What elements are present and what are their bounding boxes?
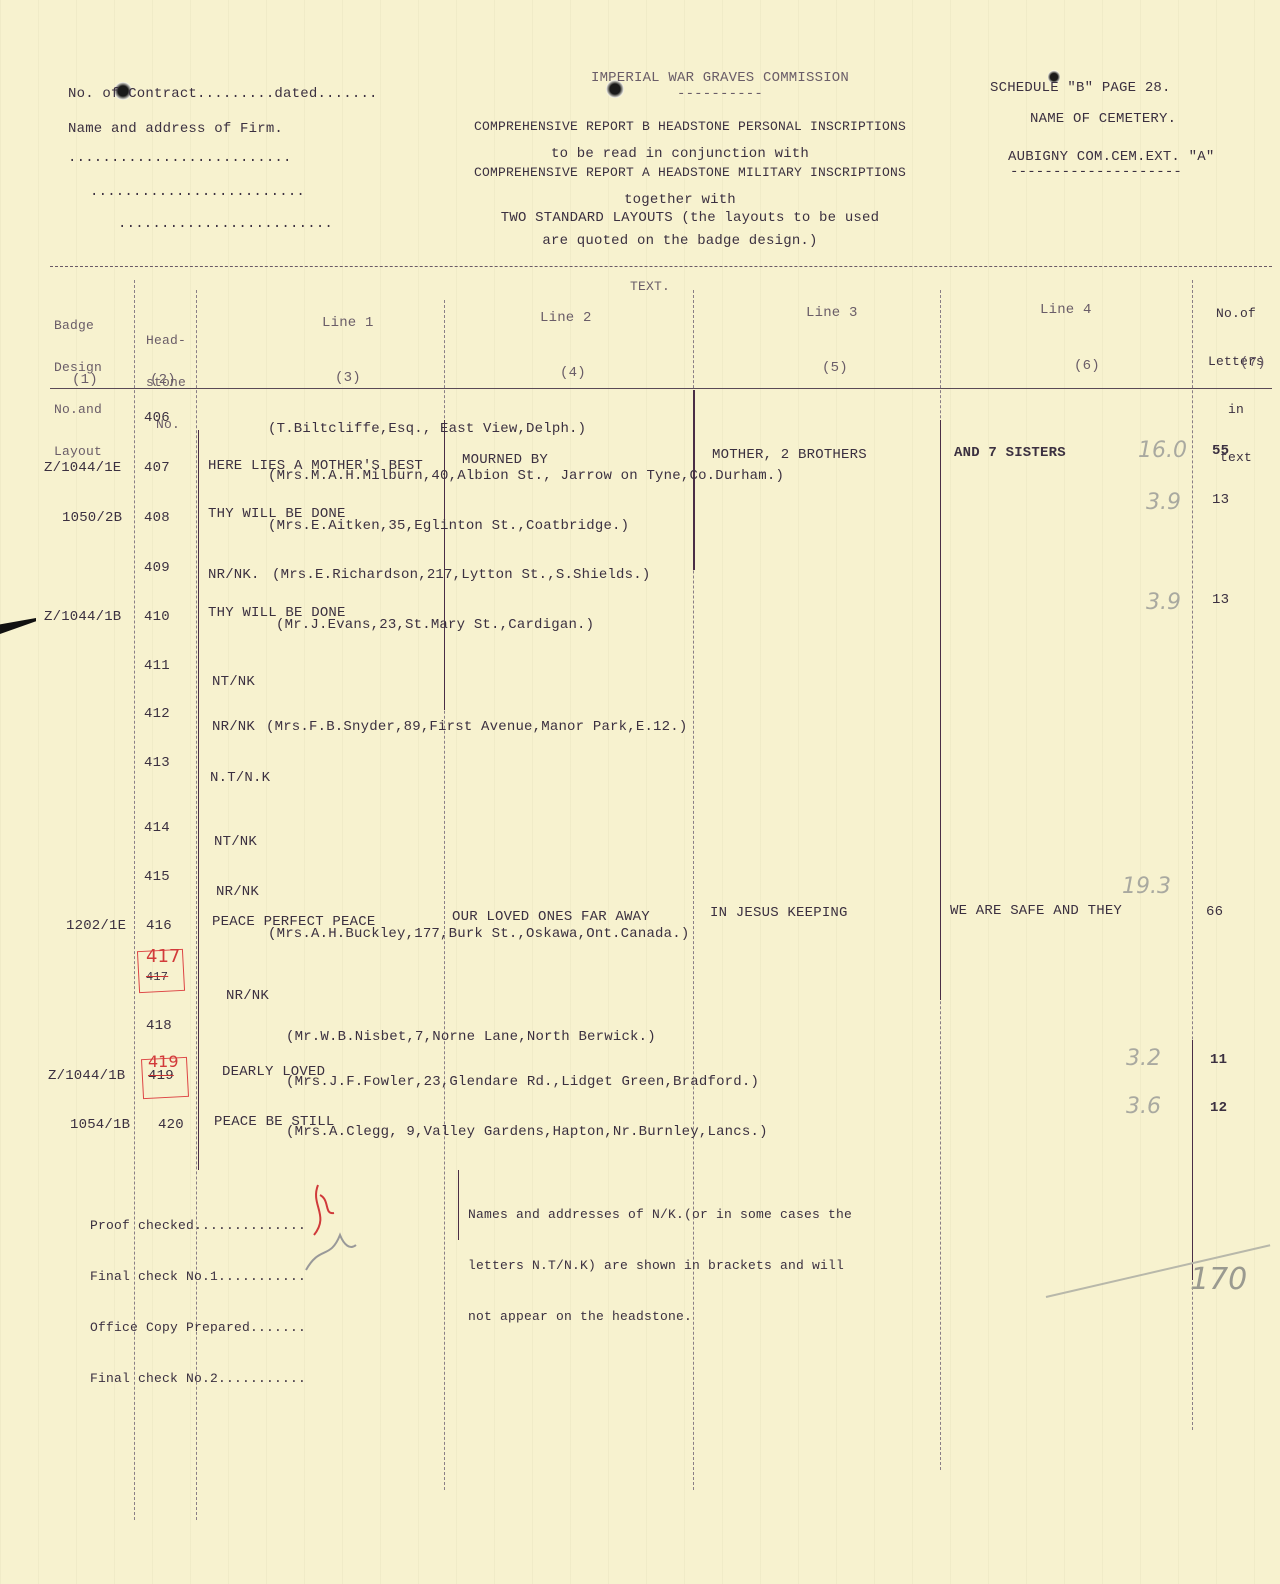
org-title: IMPERIAL WAR GRAVES COMMISSION	[520, 70, 920, 86]
row-420-badge: 1054/1B	[70, 1117, 130, 1133]
col7-number: (7)	[1240, 355, 1266, 371]
row-416-line3: IN JESUS KEEPING	[710, 905, 848, 921]
final-check-1: Final check No.1...........	[90, 1268, 306, 1285]
row-417-correction: 417	[146, 946, 180, 967]
row-420-address: (Mrs.A.Clegg, 9,Valley Gardens,Hapton,Nr…	[286, 1124, 768, 1140]
contract-line: No. of Contract.........dated.......	[68, 86, 378, 102]
row-416-annotation: 19.3	[1122, 874, 1171, 899]
text-group-header: TEXT.	[570, 279, 730, 294]
col3-number: (3)	[335, 370, 361, 386]
cemetery-label: NAME OF CEMETERY.	[1030, 111, 1176, 127]
row-407-line3: MOTHER, 2 BROTHERS	[712, 447, 867, 463]
cemetery-underline: --------------------	[1010, 164, 1182, 180]
cemetery-name: AUBIGNY COM.CEM.EXT. "A"	[1008, 149, 1214, 165]
row-409-line1: NR/NK.	[208, 567, 260, 583]
row-408-address: (Mrs.E.Aitken,35,Eglinton St.,Coatbridge…	[268, 518, 629, 534]
row-412-headstone: 412	[144, 706, 170, 722]
col4-number: (4)	[560, 365, 586, 381]
row-408-annotation: 3.9	[1146, 490, 1181, 515]
row-413-headstone: 413	[144, 755, 170, 771]
row-408-badge: 1050/2B	[62, 510, 122, 526]
row-419-address: (Mrs.J.F.Fowler,23,Glendare Rd.,Lidget G…	[286, 1074, 759, 1090]
org-underline: ----------	[520, 86, 920, 102]
schedule-page: SCHEDULE "B" PAGE 28.	[990, 80, 1171, 96]
row-407-annotation: 16.0	[1138, 438, 1187, 463]
layouts-line-1: TWO STANDARD LAYOUTS (the layouts to be …	[420, 210, 960, 226]
footer-checks: Proof checked.............. Final check …	[90, 1183, 306, 1404]
col-divider-4b	[444, 420, 445, 710]
proof-checked: Proof checked..............	[90, 1217, 306, 1234]
row-416-address: (Mrs.A.H.Buckley,177,Burk St.,Oskawa,Ont…	[268, 926, 689, 942]
table-top-rule	[50, 266, 1272, 267]
row-417-line1: NR/NK	[226, 988, 269, 1004]
row-407-headstone: 407	[144, 460, 170, 476]
row-409-address: (Mrs.E.Richardson,217,Lytton St.,S.Shiel…	[272, 567, 650, 583]
col6-number: (6)	[1074, 358, 1100, 374]
row-409-headstone: 409	[144, 560, 170, 576]
col3-header: Line 1	[322, 315, 374, 331]
layouts-line-2: are quoted on the badge design.)	[420, 233, 940, 249]
row-418-headstone: 418	[146, 1018, 172, 1034]
col5-header: Line 3	[806, 305, 858, 321]
row-419-annotation: 3.2	[1126, 1046, 1161, 1071]
row-408-headstone: 408	[144, 510, 170, 526]
final-check-2: Final check No.2...........	[90, 1370, 306, 1387]
col2-number: (2)	[150, 372, 176, 388]
firm-label: Name and address of Firm.	[68, 121, 283, 137]
row-411-line1: NT/NK	[212, 674, 255, 690]
col4-header: Line 2	[540, 310, 592, 326]
row-407-letters: 55	[1212, 443, 1229, 459]
report-a-title: COMPREHENSIVE REPORT A HEADSTONE MILITAR…	[420, 165, 960, 180]
note-divider	[458, 1170, 459, 1240]
firm-dots-1: ..........................	[68, 150, 292, 166]
col6-header: Line 4	[1040, 302, 1092, 318]
row-407-line4: AND 7 SISTERS	[954, 445, 1066, 461]
office-copy-prepared: Office Copy Prepared.......	[90, 1319, 306, 1336]
row-408-letters: 13	[1212, 492, 1229, 508]
row-419-letters: 11	[1210, 1052, 1227, 1068]
footer-note: Names and addresses of N/K.(or in some c…	[468, 1172, 852, 1342]
col-divider-6b	[940, 420, 941, 1000]
col-divider-3	[198, 430, 199, 1170]
row-407-badge: Z/1044/1E	[44, 460, 121, 476]
row-411-headstone: 411	[144, 658, 170, 674]
row-416-letters: 66	[1206, 904, 1223, 920]
row-416-badge: 1202/1E	[66, 918, 126, 934]
col5-number: (5)	[822, 360, 848, 376]
row-413-line1: N.T/N.K	[210, 770, 270, 786]
row-412-line1: NR/NK	[212, 719, 255, 735]
row-415-line1: NR/NK	[216, 884, 259, 900]
row-417-headstone: 417	[146, 970, 168, 984]
row-406-address: (T.Biltcliffe,Esq., East View,Delph.)	[268, 421, 586, 437]
col1-number: (1)	[72, 372, 98, 388]
row-418-address: (Mr.W.B.Nisbet,7,Norne Lane,North Berwic…	[286, 1029, 656, 1045]
row-416-line4: WE ARE SAFE AND THEY	[950, 903, 1122, 919]
initials-signature	[300, 1175, 360, 1275]
firm-dots-2: .........................	[90, 184, 305, 200]
row-410-annotation: 3.9	[1146, 590, 1181, 615]
row-420-annotation: 3.6	[1126, 1094, 1161, 1119]
read-with: to be read in conjunction with	[420, 146, 940, 162]
row-407-address: (Mrs.M.A.H.Milburn,40,Albion St., Jarrow…	[268, 468, 784, 484]
total-annotation: 170	[1190, 1262, 1247, 1297]
col7-header: No.of Letters in text	[1196, 274, 1276, 482]
report-b-title: COMPREHENSIVE REPORT B HEADSTONE PERSONA…	[420, 119, 960, 134]
row-410-headstone: 410	[144, 609, 170, 625]
row-414-line1: NT/NK	[214, 834, 257, 850]
row-414-headstone: 414	[144, 820, 170, 836]
row-415-headstone: 415	[144, 869, 170, 885]
together-with: together with	[420, 192, 940, 208]
row-419-badge: Z/1044/1B	[48, 1068, 125, 1084]
row-410-address: (Mr.J.Evans,23,St.Mary St.,Cardigan.)	[276, 617, 594, 633]
row-416-headstone: 416	[146, 918, 172, 934]
row-420-letters: 12	[1210, 1100, 1227, 1116]
row-416-line2: OUR LOVED ONES FAR AWAY	[452, 909, 650, 925]
row-407-line2: MOURNED BY	[462, 452, 548, 468]
firm-dots-3: .........................	[118, 216, 333, 232]
row-410-badge: Z/1044/1B	[44, 609, 121, 625]
table-header-rule	[50, 388, 1272, 389]
row-410-letters: 13	[1212, 592, 1229, 608]
row-412-address: (Mrs.F.B.Snyder,89,First Avenue,Manor Pa…	[266, 719, 687, 735]
row-419-headstone: 419	[148, 1068, 174, 1084]
row-406-headstone: 406	[144, 410, 170, 426]
col-divider-7b	[1192, 1040, 1193, 1280]
edge-mark	[0, 618, 36, 634]
row-420-headstone: 420	[158, 1117, 184, 1133]
